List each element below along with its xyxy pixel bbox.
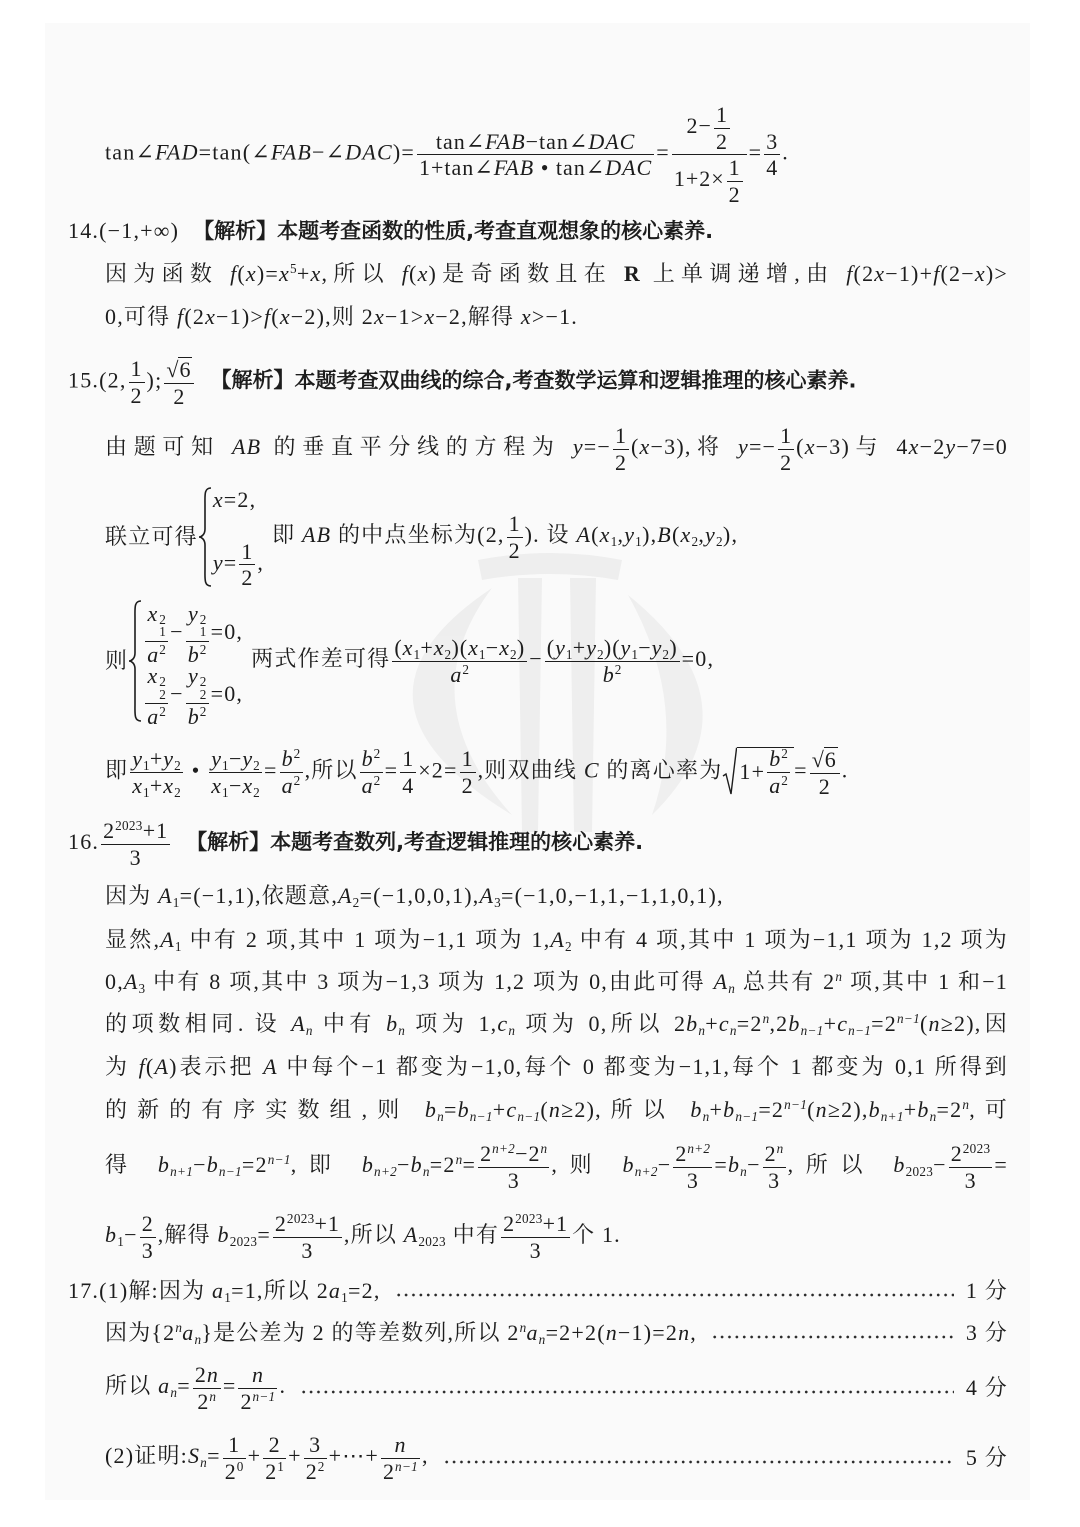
text-run: 2: [503, 1211, 515, 1236]
math-variable: x: [147, 601, 158, 626]
math-variable: x: [213, 487, 224, 512]
text-run: =: [223, 1373, 237, 1398]
text-run: 2: [480, 1141, 492, 1166]
superscript: 2: [318, 1459, 325, 1474]
text-run: −1)>: [216, 304, 264, 329]
subscript: 3: [139, 981, 146, 996]
text-run: >−1.: [532, 304, 578, 329]
text-run: =: [749, 140, 763, 165]
text-run: −3)与 4: [816, 434, 909, 459]
fraction-numerator: b2: [767, 748, 790, 773]
subscript: n: [306, 1023, 313, 1038]
text-run: =0,: [211, 619, 244, 644]
superscript: n−1: [395, 1459, 418, 1474]
math-variable: A: [404, 1222, 419, 1247]
text-run: (: [271, 304, 280, 329]
text-run: 得: [105, 1152, 158, 1177]
text-run: (2: [184, 304, 205, 329]
fraction: y1+y2x1+x2: [130, 748, 183, 796]
math-variable: b: [362, 1152, 374, 1177]
math-variable: c: [837, 1011, 848, 1036]
math-variable: a: [212, 1278, 224, 1303]
math-variable: a: [329, 1278, 341, 1303]
superscript: n: [541, 1141, 548, 1156]
text-run: ,所以: [344, 1222, 404, 1247]
fraction: tan∠FAB−tan∠DAC1+tan∠FAB • tan∠DAC: [417, 131, 654, 179]
fraction-denominator: 2: [778, 450, 794, 474]
fraction-numerator: 2−12: [672, 104, 747, 155]
math-variable: n: [549, 1097, 561, 1122]
fraction-numerator: n: [238, 1364, 277, 1389]
math-variable: y: [555, 635, 566, 660]
text-run: =2,: [224, 487, 257, 512]
text-run: tan∠: [105, 140, 155, 165]
math-variable: x: [909, 434, 920, 459]
math-variable: x: [680, 522, 691, 547]
fraction: 22023+13: [501, 1213, 570, 1261]
math-variable: b: [282, 746, 294, 771]
square-root: 1+b2a2: [722, 747, 794, 797]
superscript: 2023: [515, 1211, 543, 1226]
fraction-denominator: 3: [506, 1168, 522, 1192]
equation-row: y=12,: [213, 541, 264, 589]
fraction-denominator: 3: [528, 1238, 544, 1262]
fraction-numerator: 2n+2: [673, 1143, 712, 1168]
text-run: .: [279, 1373, 286, 1398]
text-run: −tan∠: [526, 129, 589, 154]
text-run: 个 1.: [572, 1222, 621, 1247]
q15-header: 15.(2,12);√62【解析】本题考查双曲线的综合,考查数学运算和逻辑推理的…: [68, 357, 856, 387]
fraction-numerator: y1+y2: [130, 748, 183, 773]
q16-line-5: 为 f(A)表示把 A 中每个−1 都变为−1,0,每个 0 都变为−1,1,每…: [105, 1052, 1008, 1082]
subscript: 1: [175, 939, 182, 954]
text-run: =: [656, 140, 670, 165]
q14-line-1: 因为函数 f(x)=x5+x,所以 f(x)是奇函数且在 R 上单调递增,由 f…: [105, 259, 1008, 289]
text-run: ,: [422, 1443, 429, 1468]
text-run: =: [385, 757, 399, 782]
subscript: n: [437, 1109, 444, 1124]
fraction-denominator: 3: [140, 1238, 156, 1262]
math-variable: b: [188, 704, 200, 729]
fraction-denominator: 2: [613, 450, 629, 474]
fraction-numerator: b2: [360, 748, 383, 773]
fraction-denominator: x1−x2: [209, 773, 262, 797]
subscript: 1: [143, 785, 150, 800]
math-variable: n: [816, 1097, 828, 1122]
text-run: 的垂直平分线的方程为: [261, 434, 573, 459]
superscript: 2023: [287, 1211, 315, 1226]
subscript: 1: [222, 758, 229, 773]
superscript: n: [456, 1152, 463, 1167]
text-run: )(: [451, 635, 468, 660]
fraction-numerator: 1: [714, 104, 730, 129]
fraction-numerator: 2n+2−2n: [478, 1143, 549, 1168]
text-run: 2: [195, 1362, 207, 1387]
superscript: 1: [277, 1459, 284, 1474]
text-run: −: [170, 681, 184, 706]
text-run: −∠: [312, 140, 345, 165]
fraction: √62: [810, 747, 840, 798]
fraction-numerator: 22023: [949, 1143, 993, 1168]
text-run: 联立可得: [105, 522, 198, 552]
fraction: y22b2: [186, 665, 209, 727]
text-run: (2: [854, 261, 875, 286]
subscript: 1: [159, 626, 166, 638]
text-run: 2: [765, 1141, 777, 1166]
subscript: 1: [413, 647, 420, 662]
text-run: 1+: [739, 757, 765, 787]
subscript: 2: [174, 758, 181, 773]
subscript: n: [730, 1023, 737, 1038]
text-run: 中每个−1 都变为−1,0,每个 0 都变为−1,1,每个 1 都变为 0,1 …: [278, 1054, 1008, 1079]
q16-line-3: 0,A3 中有 8 项,其中 3 项为−1,3 项为 1,2 项为 0,由此可得…: [105, 967, 1008, 997]
q16-line-2: 显然,A1 中有 2 项,其中 1 项为−1,1 项为 1,A2 中有 4 项,…: [105, 925, 1008, 955]
subscript: 2: [253, 758, 260, 773]
math-variable: x: [424, 304, 435, 329]
sup-sub-stack: 22: [200, 676, 207, 700]
math-variable: S: [188, 1443, 200, 1468]
fraction-numerator: x22: [145, 665, 168, 704]
math-variable: y: [213, 550, 224, 575]
text-run: =: [462, 1152, 476, 1177]
math-variable: y: [188, 601, 199, 626]
text-run: +1: [143, 818, 168, 843]
math-variable: FAD: [155, 140, 199, 165]
text-run: =(−1,1),依题意,: [180, 883, 338, 908]
fraction: b2a2: [767, 748, 790, 796]
math-variable: b: [788, 1011, 800, 1036]
fraction-numerator: 2: [263, 1434, 286, 1459]
text-run: −2,解得: [435, 304, 521, 329]
subscript: n−1: [848, 1023, 871, 1038]
text-run: +1: [315, 1211, 340, 1236]
math-variable: c: [506, 1097, 517, 1122]
text-run: =−: [749, 434, 776, 459]
fraction-denominator: 3: [128, 845, 144, 869]
math-variable: b: [411, 1152, 423, 1177]
math-variable: A: [479, 883, 494, 908]
text-run: 2: [675, 1141, 687, 1166]
fraction: 2n3: [763, 1143, 786, 1191]
text-run: =1,所以 2: [231, 1278, 329, 1303]
fraction-numerator: 1: [223, 1434, 246, 1459]
math-variable: x: [640, 434, 651, 459]
fraction-numerator: √6: [810, 747, 840, 774]
math-variable: A: [154, 1054, 169, 1079]
question-number: 16.: [68, 829, 99, 854]
text-run: −7=0: [956, 434, 1008, 459]
subscript: 1: [200, 626, 207, 638]
math-variable: b: [207, 1152, 219, 1177]
superscript: 2: [781, 773, 788, 788]
text-run: )(: [604, 635, 621, 660]
fraction: b2a2: [280, 748, 303, 796]
math-variable: x: [311, 261, 322, 286]
fraction: 220233: [949, 1143, 993, 1191]
fraction-numerator: (y1+y2)(y1−y2): [545, 637, 680, 662]
subscript: 1: [143, 758, 150, 773]
math-variable: b: [105, 1222, 117, 1247]
step-text: 所以 an=2n2n=n2n−1.: [105, 1364, 286, 1412]
q17-line-2: 因为{2nan}是公差为 2 的等差数列,所以 2nan=2+2(n−1)=2n…: [105, 1318, 1008, 1348]
dotted-leader: [300, 1390, 954, 1394]
text-run: ,所以: [321, 261, 401, 286]
text-run: 2: [240, 1389, 252, 1414]
analysis-label: 【解析】: [193, 219, 277, 243]
text-run: =: [714, 1152, 728, 1177]
math-variable: A: [338, 883, 353, 908]
fraction-denominator: 2: [507, 538, 523, 562]
subscript: 2: [565, 939, 572, 954]
text-run: )是奇函数且在: [429, 261, 624, 286]
fraction: 2n2n: [193, 1364, 221, 1412]
text-run: −: [529, 646, 543, 671]
math-variable: n: [929, 1011, 941, 1036]
fraction-denominator: b2: [186, 704, 209, 728]
q15-line-1: 由题可知 AB 的垂直平分线的方程为 y=−12(x−3),将 y=−12(x−…: [105, 425, 1008, 455]
superscript: 2: [294, 773, 301, 788]
fraction-denominator: 3: [299, 1238, 315, 1262]
math-variable: AB: [232, 434, 261, 459]
step-text: (2)证明:Sn=120+221+322+⋯+n2n−1,: [105, 1434, 429, 1482]
fraction-numerator: y1−y2: [209, 748, 262, 773]
subscript: 1: [566, 647, 573, 662]
math-variable: n: [207, 1362, 219, 1387]
compound-fraction: 2−121+2×12: [672, 104, 747, 205]
subscript: n+2: [635, 1164, 658, 1179]
text-run: 项为 1,: [405, 1011, 497, 1036]
radicand: 6: [178, 357, 192, 381]
fraction-denominator: a2: [767, 773, 790, 797]
fraction-numerator: y21: [186, 603, 209, 642]
text-run: =(−1,0,0,1),: [360, 883, 480, 908]
fraction: 12: [714, 104, 730, 152]
fraction-numerator: 1: [778, 425, 794, 450]
text-run: (: [807, 1097, 816, 1122]
fraction: (x1+x2)(x1−x2)a2: [392, 637, 527, 685]
superscript: n: [520, 1320, 527, 1335]
radical-symbol: [722, 747, 737, 797]
brace-path: [199, 488, 211, 586]
q15-line-4: 即y1+y2x1+x2 • y1−y2x1−x2=b2a2,所以b2a2=14×…: [105, 747, 849, 777]
equation-row: x=2,: [213, 485, 264, 515]
text-run: =tan(∠: [199, 140, 271, 165]
subscript: 1: [611, 534, 618, 549]
math-variable: DAC: [605, 155, 652, 180]
text-run: 上单调递增,由: [641, 261, 846, 286]
math-variable: A: [158, 883, 173, 908]
text-run: ≥2),: [828, 1097, 869, 1122]
fraction-numerator: 1: [129, 358, 145, 383]
superscript: 2: [159, 704, 166, 719]
fraction: (y1+y2)(y1−y2)b2: [545, 637, 680, 685]
text-run: +: [824, 1011, 838, 1036]
fraction-numerator: y22: [186, 665, 209, 704]
sup-sub-stack: 21: [159, 614, 166, 638]
math-variable: b: [869, 1097, 881, 1122]
text-run: −: [229, 746, 242, 771]
text-run: 2: [951, 1141, 963, 1166]
math-variable: B: [657, 522, 672, 547]
text-run: −: [658, 1152, 672, 1177]
math-variable: a: [362, 773, 374, 798]
math-variable: A: [124, 969, 139, 994]
text-run: 显然,: [105, 927, 160, 952]
superscript: 0: [237, 1459, 244, 1474]
q16-line-6: 的新的有序实数组,则 bn=bn−1+cn−1(n≥2),所以 bn+bn−1=…: [105, 1095, 1008, 1125]
question-number: 14.: [68, 218, 99, 243]
score-points: 4 分: [966, 1373, 1008, 1403]
text-run: =: [994, 1152, 1008, 1177]
text-run: 2−: [687, 113, 712, 138]
math-variable: y: [945, 434, 956, 459]
fraction-denominator: a2: [280, 773, 303, 797]
superscript: n−1: [897, 1011, 920, 1026]
fraction-numerator: 3: [304, 1434, 327, 1459]
text-run: ),: [723, 522, 738, 547]
superscript: n+2: [687, 1141, 710, 1156]
math-variable: y: [242, 746, 253, 771]
subscript: 1: [635, 534, 642, 549]
math-variable: y: [705, 522, 716, 547]
text-run: ,则双曲线: [478, 757, 584, 782]
text-run: 则: [105, 646, 128, 676]
math-variable: x: [600, 522, 611, 547]
q15-line-3: 则 x21a2−y21b2=0, x22a2−y22b2=0, 两式作差可得(x…: [105, 598, 714, 724]
subscript: n: [200, 1455, 207, 1470]
text-run: (: [796, 434, 805, 459]
text-run: ,2: [769, 1011, 788, 1036]
text-run: +1: [543, 1211, 568, 1236]
superscript: 2023: [963, 1141, 991, 1156]
math-variable: x: [805, 434, 816, 459]
fraction-denominator: 1+2×12: [672, 155, 747, 205]
fraction-numerator: 1: [507, 513, 523, 538]
math-variable: A: [291, 1011, 306, 1036]
text-run: tan∠: [436, 129, 485, 154]
text-run: +: [288, 1443, 302, 1468]
fraction-denominator: 3: [685, 1168, 701, 1192]
text-run: 1+2×: [674, 166, 725, 191]
text-run: =: [794, 757, 808, 782]
subscript: n: [930, 1109, 937, 1124]
math-variable: b: [686, 1011, 698, 1036]
subscript: 2: [691, 534, 698, 549]
math-variable: y: [163, 746, 174, 771]
text-run: .: [842, 757, 849, 782]
fraction: y1−y2x1−x2: [209, 748, 262, 796]
fraction: 221: [263, 1434, 286, 1482]
text-run: =: [264, 757, 278, 782]
sup-sub-stack: 22: [159, 676, 166, 700]
math-variable: y: [586, 635, 597, 660]
text-run: =2+2(: [546, 1320, 606, 1345]
superscript: 2: [294, 746, 301, 761]
fraction: n2n−1: [381, 1434, 420, 1482]
math-variable: x: [468, 635, 479, 660]
text-run: )=: [393, 140, 415, 165]
subscript: n: [398, 1023, 405, 1038]
math-variable: b: [728, 1152, 740, 1177]
subscript: 1: [173, 895, 180, 910]
text-run: −: [229, 773, 242, 798]
text-run: +: [248, 1443, 262, 1468]
text-continuation: 两式作差可得(x1+x2)(x1−x2)a2−(y1+y2)(y1−y2)b2=…: [251, 637, 714, 685]
score-points: 3 分: [966, 1318, 1008, 1348]
text-run: =2: [758, 1097, 784, 1122]
text-run: −: [397, 1152, 411, 1177]
math-variable: c: [719, 1011, 730, 1036]
equation-system: x21a2−y21b2=0, x22a2−y22b2=0,: [143, 603, 243, 719]
math-variable: FAB: [485, 129, 525, 154]
q17-line-1: 17.(1)解:因为 a1=1,所以 2a1=2, 1 分: [68, 1276, 1008, 1306]
math-variable: y: [624, 522, 635, 547]
q17-line-4: (2)证明:Sn=120+221+322+⋯+n2n−1, 5 分: [105, 1433, 1008, 1483]
text-run: )=: [257, 261, 279, 286]
text-run: (2−: [941, 261, 975, 286]
question-number: 15.: [68, 367, 99, 392]
superscript: 2: [462, 662, 469, 677]
math-variable: A: [550, 927, 565, 952]
text-run: 中有 4 项,其中 1 项为−1,1 项为 1,2 项为: [572, 927, 1008, 952]
math-variable: a: [450, 662, 462, 687]
analysis-summary: 本题考查双曲线的综合,考查数学运算和逻辑推理的核心素养.: [294, 368, 856, 392]
math-variable: AB: [302, 522, 331, 547]
superscript: 2023: [115, 818, 143, 833]
q14-line-2: 0,可得 f(2x−1)>f(x−2),则 2x−1>x−2,解得 x>−1.: [105, 302, 578, 332]
text-run: =: [207, 1443, 221, 1468]
fraction-numerator: 3: [764, 131, 780, 156]
text-run: 2: [383, 1459, 395, 1484]
fraction: 14: [400, 748, 416, 796]
text-run: =: [224, 550, 238, 575]
fraction-denominator: 3: [963, 1168, 979, 1192]
subscript: n−1: [735, 1109, 758, 1124]
fraction-denominator: 2: [817, 774, 833, 798]
math-variable: b: [386, 1011, 398, 1036]
fraction-denominator: 2: [129, 383, 145, 407]
superscript: 5: [290, 261, 297, 276]
math-variable: c: [497, 1011, 508, 1036]
text-continuation: 即 AB 的中点坐标为(2,12). 设 A(x1,y1),B(x2,y2),: [272, 513, 738, 561]
text-run: 中有 8 项,其中 3 项为−1,3 项为 1,2 项为 0,由此可得: [145, 969, 713, 994]
text-run: (: [547, 635, 555, 660]
fraction-numerator: √6: [164, 357, 194, 384]
fraction-denominator: 2n: [195, 1389, 218, 1413]
subscript: n: [423, 1164, 430, 1179]
subscript: 2: [159, 689, 166, 701]
math-variable: b: [425, 1097, 437, 1122]
math-variable: FAB: [494, 155, 534, 180]
math-set-symbol: R: [624, 261, 641, 286]
math-variable: x: [132, 773, 143, 798]
fraction: 322: [304, 1434, 327, 1482]
text-run: 2: [306, 1459, 318, 1484]
text-run: +: [420, 635, 433, 660]
fraction: 2n+23: [673, 1143, 712, 1191]
math-variable: b: [362, 746, 374, 771]
text-run: ): [669, 635, 677, 660]
text-run: ,: [690, 1320, 697, 1345]
math-variable: b: [690, 1097, 702, 1122]
text-run: 由题可知: [105, 434, 232, 459]
math-variable: x: [499, 635, 510, 660]
q16-line-7: 得 bn+1−bn−1=2n−1,即 bn+2−bn=2n=2n+2−2n3,则…: [105, 1143, 1008, 1173]
superscript: n+2: [492, 1141, 515, 1156]
superscript: n: [962, 1097, 969, 1112]
equation-row: x22a2−y22b2=0,: [143, 665, 243, 727]
text-run: ≥2),因: [941, 1011, 1008, 1036]
